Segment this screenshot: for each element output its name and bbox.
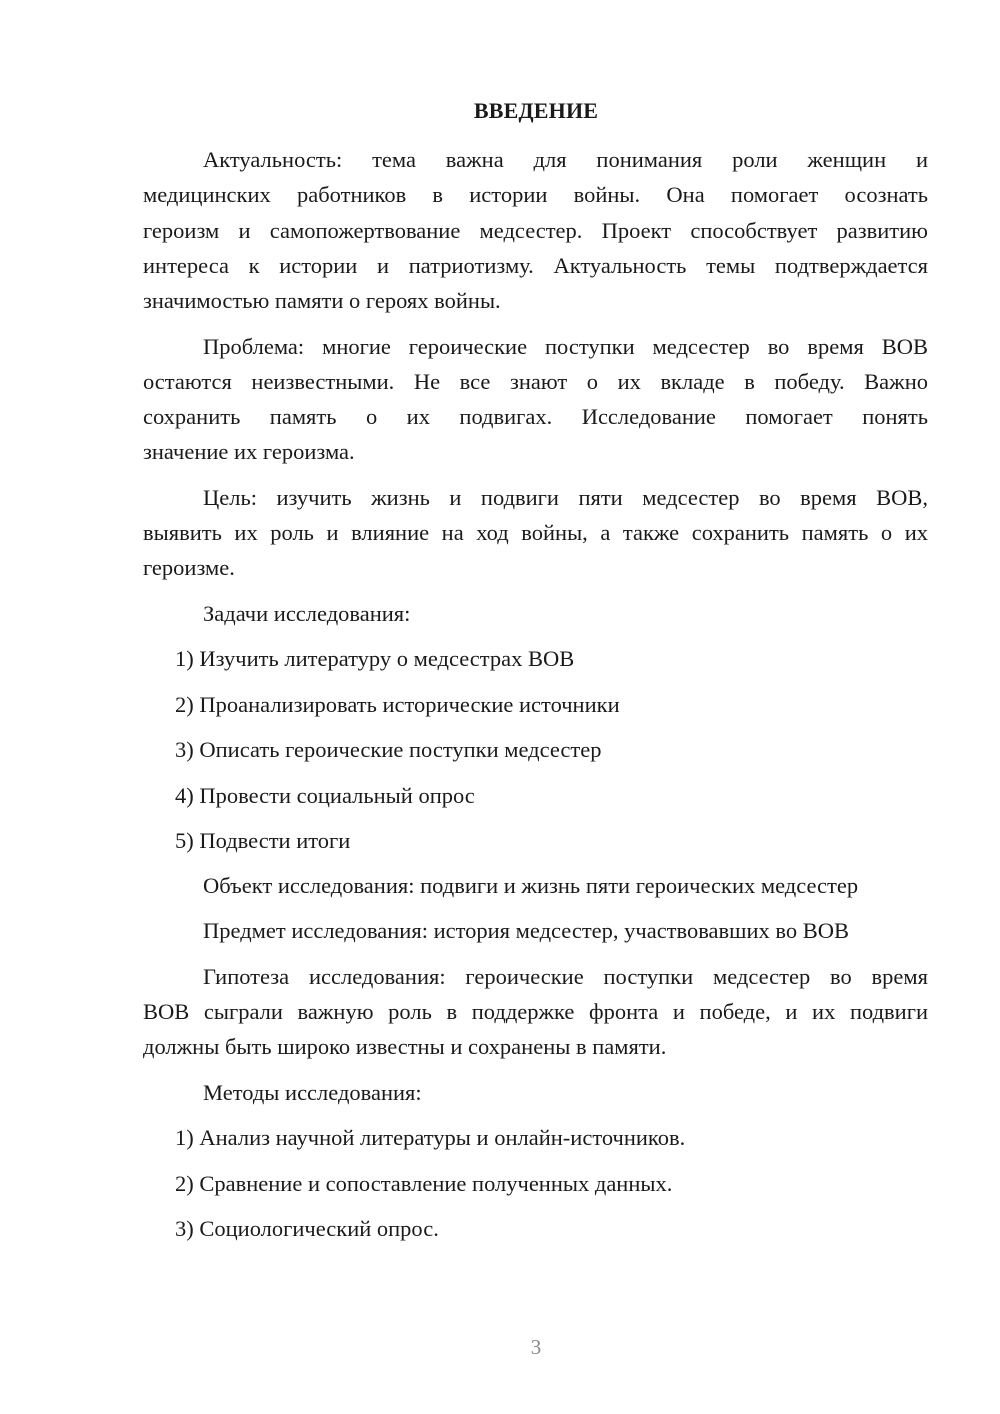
paragraph-line: интереса к истории и патриотизму. Актуал… xyxy=(143,253,928,279)
paragraph-line: медицинских работников в истории войны. … xyxy=(143,182,928,208)
paragraph-line: героизме. xyxy=(143,555,928,581)
method-item: 3) Социологический опрос. xyxy=(175,1216,928,1242)
research-object: Объект исследования: подвиги и жизнь пят… xyxy=(203,873,928,899)
section-title: ВВЕДЕНИЕ xyxy=(0,98,1000,124)
task-item: 5) Подвести итоги xyxy=(175,828,928,854)
task-item: 3) Описать героические поступки медсесте… xyxy=(175,737,928,763)
paragraph-line: ВОВ сыграли важную роль в поддержке фрон… xyxy=(143,999,928,1025)
paragraph-line: сохранить память о их подвигах. Исследов… xyxy=(143,404,928,430)
paragraph-line: значимостью памяти о героях войны. xyxy=(143,288,928,314)
paragraph-line: значение их героизма. xyxy=(143,439,928,465)
task-item: 1) Изучить литературу о медсестрах ВОВ xyxy=(175,646,928,672)
method-item: 2) Сравнение и сопоставление полученных … xyxy=(175,1171,928,1197)
page-number: 3 xyxy=(0,1335,1000,1360)
method-item: 1) Анализ научной литературы и онлайн-ис… xyxy=(175,1125,928,1151)
paragraph-line: героизм и самопожертвование медсестер. П… xyxy=(143,218,928,244)
document-page: ВВЕДЕНИЕ Актуальность: тема важна для по… xyxy=(0,0,1000,1414)
task-item: 4) Провести социальный опрос xyxy=(175,783,928,809)
paragraph-line: Цель: изучить жизнь и подвиги пяти медсе… xyxy=(203,485,928,511)
paragraph-line: Актуальность: тема важна для понимания р… xyxy=(203,147,928,173)
paragraph-line: должны быть широко известны и сохранены … xyxy=(143,1034,928,1060)
paragraph-line: Проблема: многие героические поступки ме… xyxy=(203,334,928,360)
paragraph-line: выявить их роль и влияние на ход войны, … xyxy=(143,520,928,546)
research-subject: Предмет исследования: история медсестер,… xyxy=(203,918,928,944)
methods-heading: Методы исследования: xyxy=(203,1080,928,1106)
paragraph-line: Гипотеза исследования: героические посту… xyxy=(203,964,928,990)
task-item: 2) Проанализировать исторические источни… xyxy=(175,692,928,718)
tasks-heading: Задачи исследования: xyxy=(203,601,928,627)
paragraph-line: остаются неизвестными. Не все знают о их… xyxy=(143,369,928,395)
